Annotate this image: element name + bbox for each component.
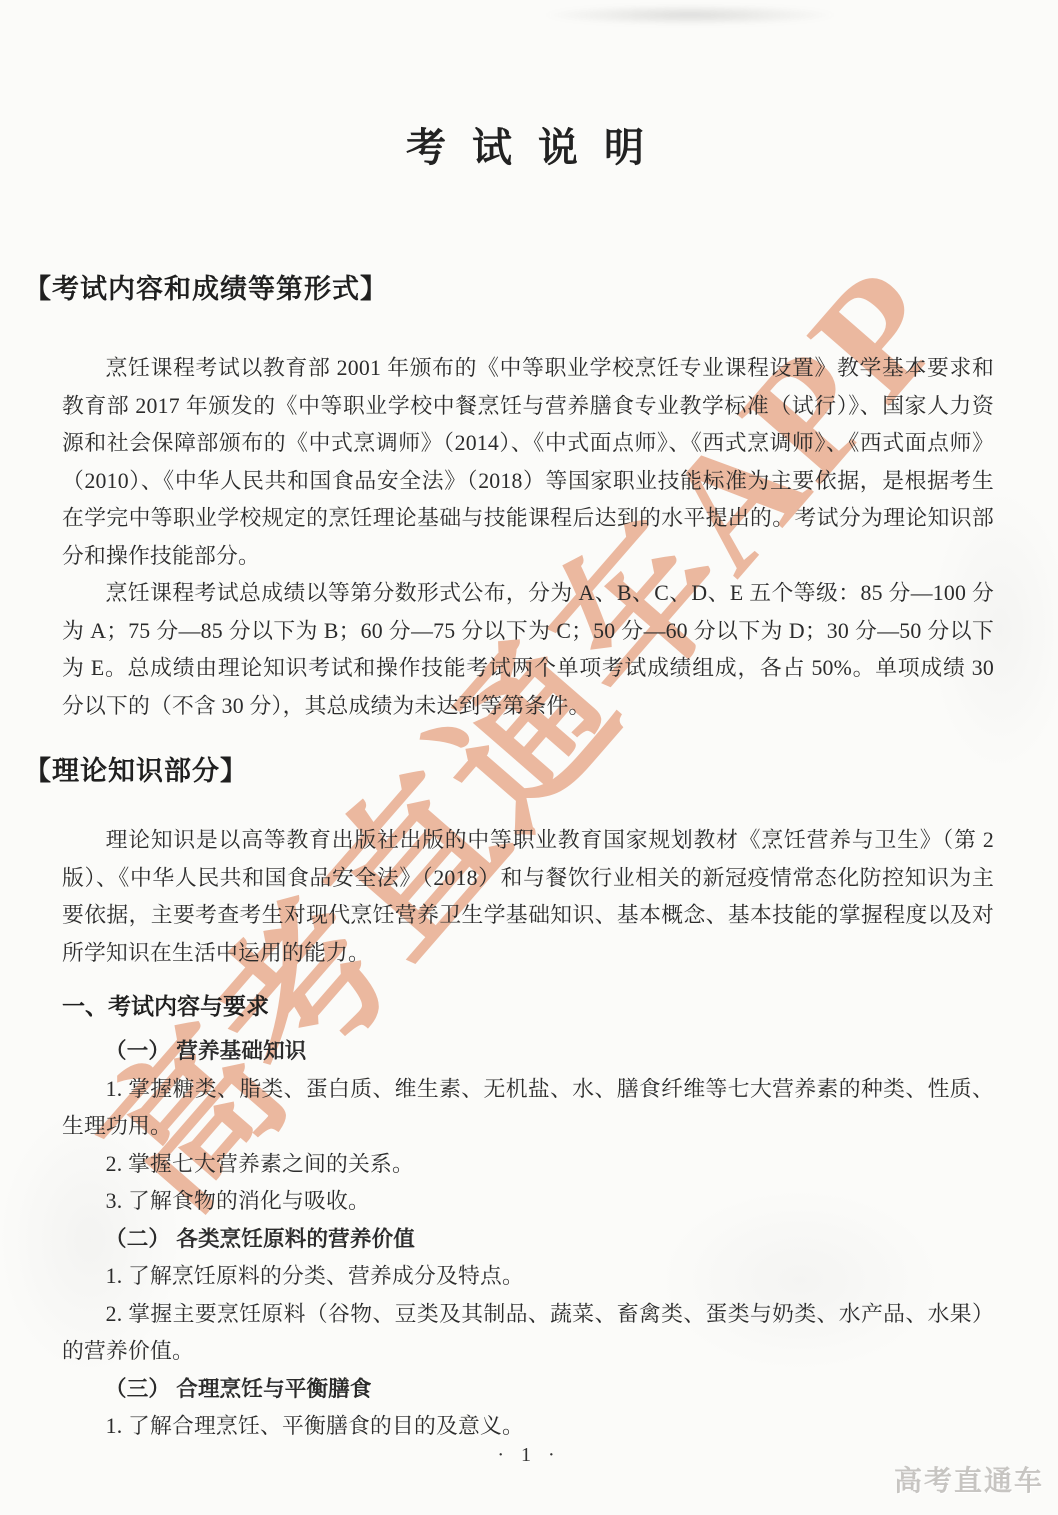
paragraph: 烹饪课程考试以教育部 2001 年颁布的《中等职业学校烹饪专业课程设置》教学基本… [62, 350, 994, 575]
outline-item: 1. 掌握糖类、脂类、蛋白质、维生素、无机盐、水、膳食纤维等七大营养素的种类、性… [62, 1071, 994, 1146]
outline-group-label: （三） 合理烹饪与平衡膳食 [62, 1371, 994, 1409]
document-page: 高考直通车APP 考 试 说 明 【考试内容和成绩等第形式】 烹饪课程考试以教育… [0, 0, 1058, 1515]
paragraph: 烹饪课程考试总成绩以等第分数形式公布，分为 A、B、C、D、E 五个等级：85 … [62, 575, 994, 725]
page-title: 考 试 说 明 [0, 0, 1058, 173]
section2-body: 理论知识是以高等教育出版社出版的中等职业教育国家规划教材《烹饪营养与卫生》（第 … [62, 822, 994, 972]
subheading-exam-requirements: 一、考试内容与要求 [62, 988, 1058, 1021]
outline: （一） 营养基础知识 1. 掌握糖类、脂类、蛋白质、维生素、无机盐、水、膳食纤维… [62, 1033, 994, 1446]
outline-item: 2. 掌握七大营养素之间的关系。 [62, 1146, 994, 1184]
paragraph: 理论知识是以高等教育出版社出版的中等职业教育国家规划教材《烹饪营养与卫生》（第 … [62, 822, 994, 972]
outline-item: 2. 掌握主要烹饪原料（谷物、豆类及其制品、蔬菜、畜禽类、蛋类与奶类、水产品、水… [62, 1296, 994, 1371]
section1-body: 烹饪课程考试以教育部 2001 年颁布的《中等职业学校烹饪专业课程设置》教学基本… [62, 350, 994, 725]
outline-group-label: （二） 各类烹饪原料的营养价值 [62, 1221, 994, 1259]
outline-item: 1. 了解合理烹饪、平衡膳食的目的及意义。 [62, 1408, 994, 1446]
section-heading-theory: 【理论知识部分】 [24, 749, 1058, 788]
brand-logo-text: 高考直通车 [894, 1459, 1044, 1499]
outline-item: 3. 了解食物的消化与吸收。 [62, 1183, 994, 1221]
section-heading-exam-content: 【考试内容和成绩等第形式】 [24, 267, 1058, 306]
outline-item: 1. 了解烹饪原料的分类、营养成分及特点。 [62, 1258, 994, 1296]
outline-group-label: （一） 营养基础知识 [62, 1033, 994, 1071]
document-content: 考 试 说 明 【考试内容和成绩等第形式】 烹饪课程考试以教育部 2001 年颁… [0, 0, 1058, 1446]
